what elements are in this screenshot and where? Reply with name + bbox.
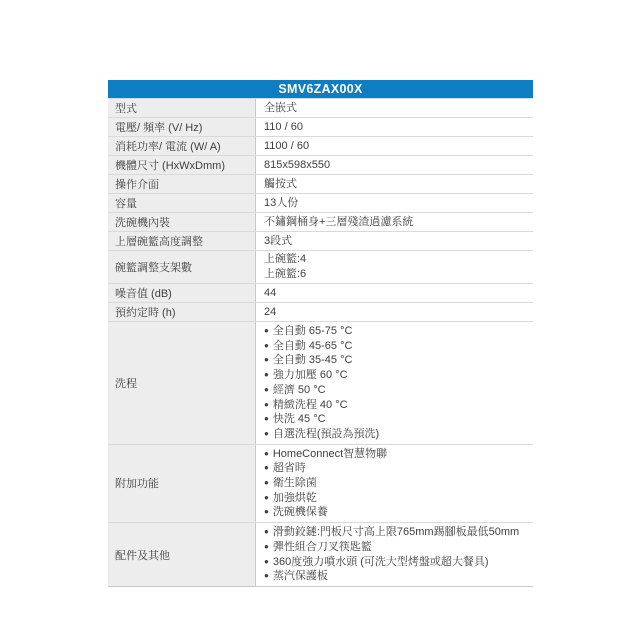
- list-item: ●超省時: [264, 461, 533, 476]
- spec-value: 44: [255, 284, 533, 302]
- spec-value: 815x598x550: [255, 156, 533, 174]
- bullet-icon: ●: [264, 370, 269, 379]
- list-item: ●滑動鉸鏈:門板尺寸高上限765mm踢腳板最低50mm: [264, 525, 533, 540]
- table-row: 配件及其他 ●滑動鉸鏈:門板尺寸高上限765mm踢腳板最低50mm ●彈性組合刀…: [108, 522, 533, 586]
- list-item: ●蒸汽保護板: [264, 569, 533, 584]
- table-row: 洗程 ●全自動 65-75 °C ●全自動 45-65 °C ●全自動 35-4…: [108, 321, 533, 444]
- table-row: 附加功能 ●HomeConnect智慧物聯 ●超省時 ●衛生除菌 ●加強烘乾 ●…: [108, 444, 533, 523]
- bullet-text: 彈性組合刀叉筷匙籃: [273, 541, 372, 553]
- table-row: 噪音值 (dB) 44: [108, 283, 533, 302]
- bullet-icon: ●: [264, 507, 269, 516]
- spec-value: 3段式: [255, 232, 533, 250]
- list-item: ●360度強力噴水頭 (可洗大型烤盤或超大餐具): [264, 555, 533, 570]
- bullet-text: 超省時: [273, 462, 306, 474]
- list-item: ●HomeConnect智慧物聯: [264, 447, 533, 462]
- spec-value: 觸按式: [255, 175, 533, 193]
- spec-label: 容量: [108, 194, 255, 212]
- list-item: ●彈性組合刀叉筷匙籃: [264, 540, 533, 555]
- spec-value: 110 / 60: [255, 118, 533, 136]
- bullet-icon: ●: [264, 557, 269, 566]
- spec-label: 型式: [108, 99, 255, 117]
- table-row: 型式 全嵌式: [108, 98, 533, 117]
- list-item: ●經濟 50 °C: [264, 383, 533, 398]
- list-item: ●洗碗機保養: [264, 505, 533, 520]
- table-row: 容量 13人份: [108, 193, 533, 212]
- bullet-text: 衛生除菌: [273, 477, 317, 489]
- list-item: ●自選洗程(預設為預洗): [264, 427, 533, 442]
- bullet-icon: ●: [264, 400, 269, 409]
- bullet-text: 加強烘乾: [273, 492, 317, 504]
- bullet-icon: ●: [264, 355, 269, 364]
- spec-value-line: 上碗籃:6: [264, 267, 533, 282]
- list-item: ●全自動 65-75 °C: [264, 324, 533, 339]
- spec-label: 配件及其他: [108, 523, 255, 586]
- bullet-icon: ●: [264, 341, 269, 350]
- bullet-text: HomeConnect智慧物聯: [273, 448, 387, 460]
- spec-table: SMV6ZAX00X 型式 全嵌式 電壓/ 頻率 (V/ Hz) 110 / 6…: [108, 80, 533, 587]
- list-item: ●精緻洗程 40 °C: [264, 398, 533, 413]
- spec-value: ●HomeConnect智慧物聯 ●超省時 ●衛生除菌 ●加強烘乾 ●洗碗機保養: [255, 445, 533, 523]
- spec-label: 電壓/ 頻率 (V/ Hz): [108, 118, 255, 136]
- bullet-text: 全自動 35-45 °C: [273, 354, 353, 366]
- bullet-icon: ●: [264, 527, 269, 536]
- bullet-icon: ●: [264, 449, 269, 458]
- spec-value: 13人份: [255, 194, 533, 212]
- list-item: ●加強烘乾: [264, 491, 533, 506]
- bullet-icon: ●: [264, 542, 269, 551]
- table-row: 洗碗機內裝 不鏽鋼桶身+三層殘渣過濾系統: [108, 212, 533, 231]
- spec-value: 24: [255, 303, 533, 321]
- spec-label: 噪音值 (dB): [108, 284, 255, 302]
- spec-label: 附加功能: [108, 445, 255, 523]
- bullet-icon: ●: [264, 385, 269, 394]
- bullet-icon: ●: [264, 429, 269, 438]
- table-row: 機體尺寸 (HxWxDmm) 815x598x550: [108, 155, 533, 174]
- bullet-text: 強力加壓 60 °C: [273, 369, 348, 381]
- spec-value: 上碗籃:4 上碗籃:6: [255, 251, 533, 283]
- spec-value: 全嵌式: [255, 99, 533, 117]
- spec-value: ●滑動鉸鏈:門板尺寸高上限765mm踢腳板最低50mm ●彈性組合刀叉筷匙籃 ●…: [255, 523, 533, 586]
- bullet-text: 滑動鉸鏈:門板尺寸高上限765mm踢腳板最低50mm: [273, 526, 519, 538]
- bullet-text: 自選洗程(預設為預洗): [273, 428, 379, 440]
- bullet-text: 精緻洗程 40 °C: [273, 399, 348, 411]
- bullet-icon: ●: [264, 326, 269, 335]
- spec-value: ●全自動 65-75 °C ●全自動 45-65 °C ●全自動 35-45 °…: [255, 322, 533, 444]
- list-item: ●強力加壓 60 °C: [264, 368, 533, 383]
- model-header: SMV6ZAX00X: [108, 80, 533, 98]
- bullet-text: 洗碗機保養: [273, 506, 328, 518]
- spec-label: 洗程: [108, 322, 255, 444]
- table-row: 消耗功率/ 電流 (W/ A) 1100 / 60: [108, 136, 533, 155]
- bullet-icon: ●: [264, 571, 269, 580]
- list-item: ●衛生除菌: [264, 476, 533, 491]
- bullet-text: 蒸汽保護板: [273, 570, 328, 582]
- bullet-icon: ●: [264, 463, 269, 472]
- bullet-icon: ●: [264, 493, 269, 502]
- list-item: ●快洗 45 °C: [264, 412, 533, 427]
- bullet-text: 全自動 45-65 °C: [273, 340, 353, 352]
- spec-label: 消耗功率/ 電流 (W/ A): [108, 137, 255, 155]
- spec-label: 碗籃調整支架數: [108, 251, 255, 283]
- list-item: ●全自動 35-45 °C: [264, 353, 533, 368]
- bullet-icon: ●: [264, 478, 269, 487]
- bullet-text: 全自動 65-75 °C: [273, 325, 353, 337]
- list-item: ●全自動 45-65 °C: [264, 339, 533, 354]
- bullet-text: 快洗 45 °C: [273, 413, 326, 425]
- bullet-text: 經濟 50 °C: [273, 384, 326, 396]
- bullet-icon: ●: [264, 414, 269, 423]
- spec-value-line: 上碗籃:4: [264, 252, 533, 267]
- table-row: 碗籃調整支架數 上碗籃:4 上碗籃:6: [108, 250, 533, 283]
- table-row: 上層碗籃高度調整 3段式: [108, 231, 533, 250]
- table-row: 電壓/ 頻率 (V/ Hz) 110 / 60: [108, 117, 533, 136]
- spec-label: 機體尺寸 (HxWxDmm): [108, 156, 255, 174]
- spec-label: 操作介面: [108, 175, 255, 193]
- spec-label: 預約定時 (h): [108, 303, 255, 321]
- spec-label: 洗碗機內裝: [108, 213, 255, 231]
- spec-value: 不鏽鋼桶身+三層殘渣過濾系統: [255, 213, 533, 231]
- spec-value: 1100 / 60: [255, 137, 533, 155]
- spec-label: 上層碗籃高度調整: [108, 232, 255, 250]
- bullet-text: 360度強力噴水頭 (可洗大型烤盤或超大餐具): [273, 556, 489, 568]
- table-row: 操作介面 觸按式: [108, 174, 533, 193]
- table-row: 預約定時 (h) 24: [108, 302, 533, 321]
